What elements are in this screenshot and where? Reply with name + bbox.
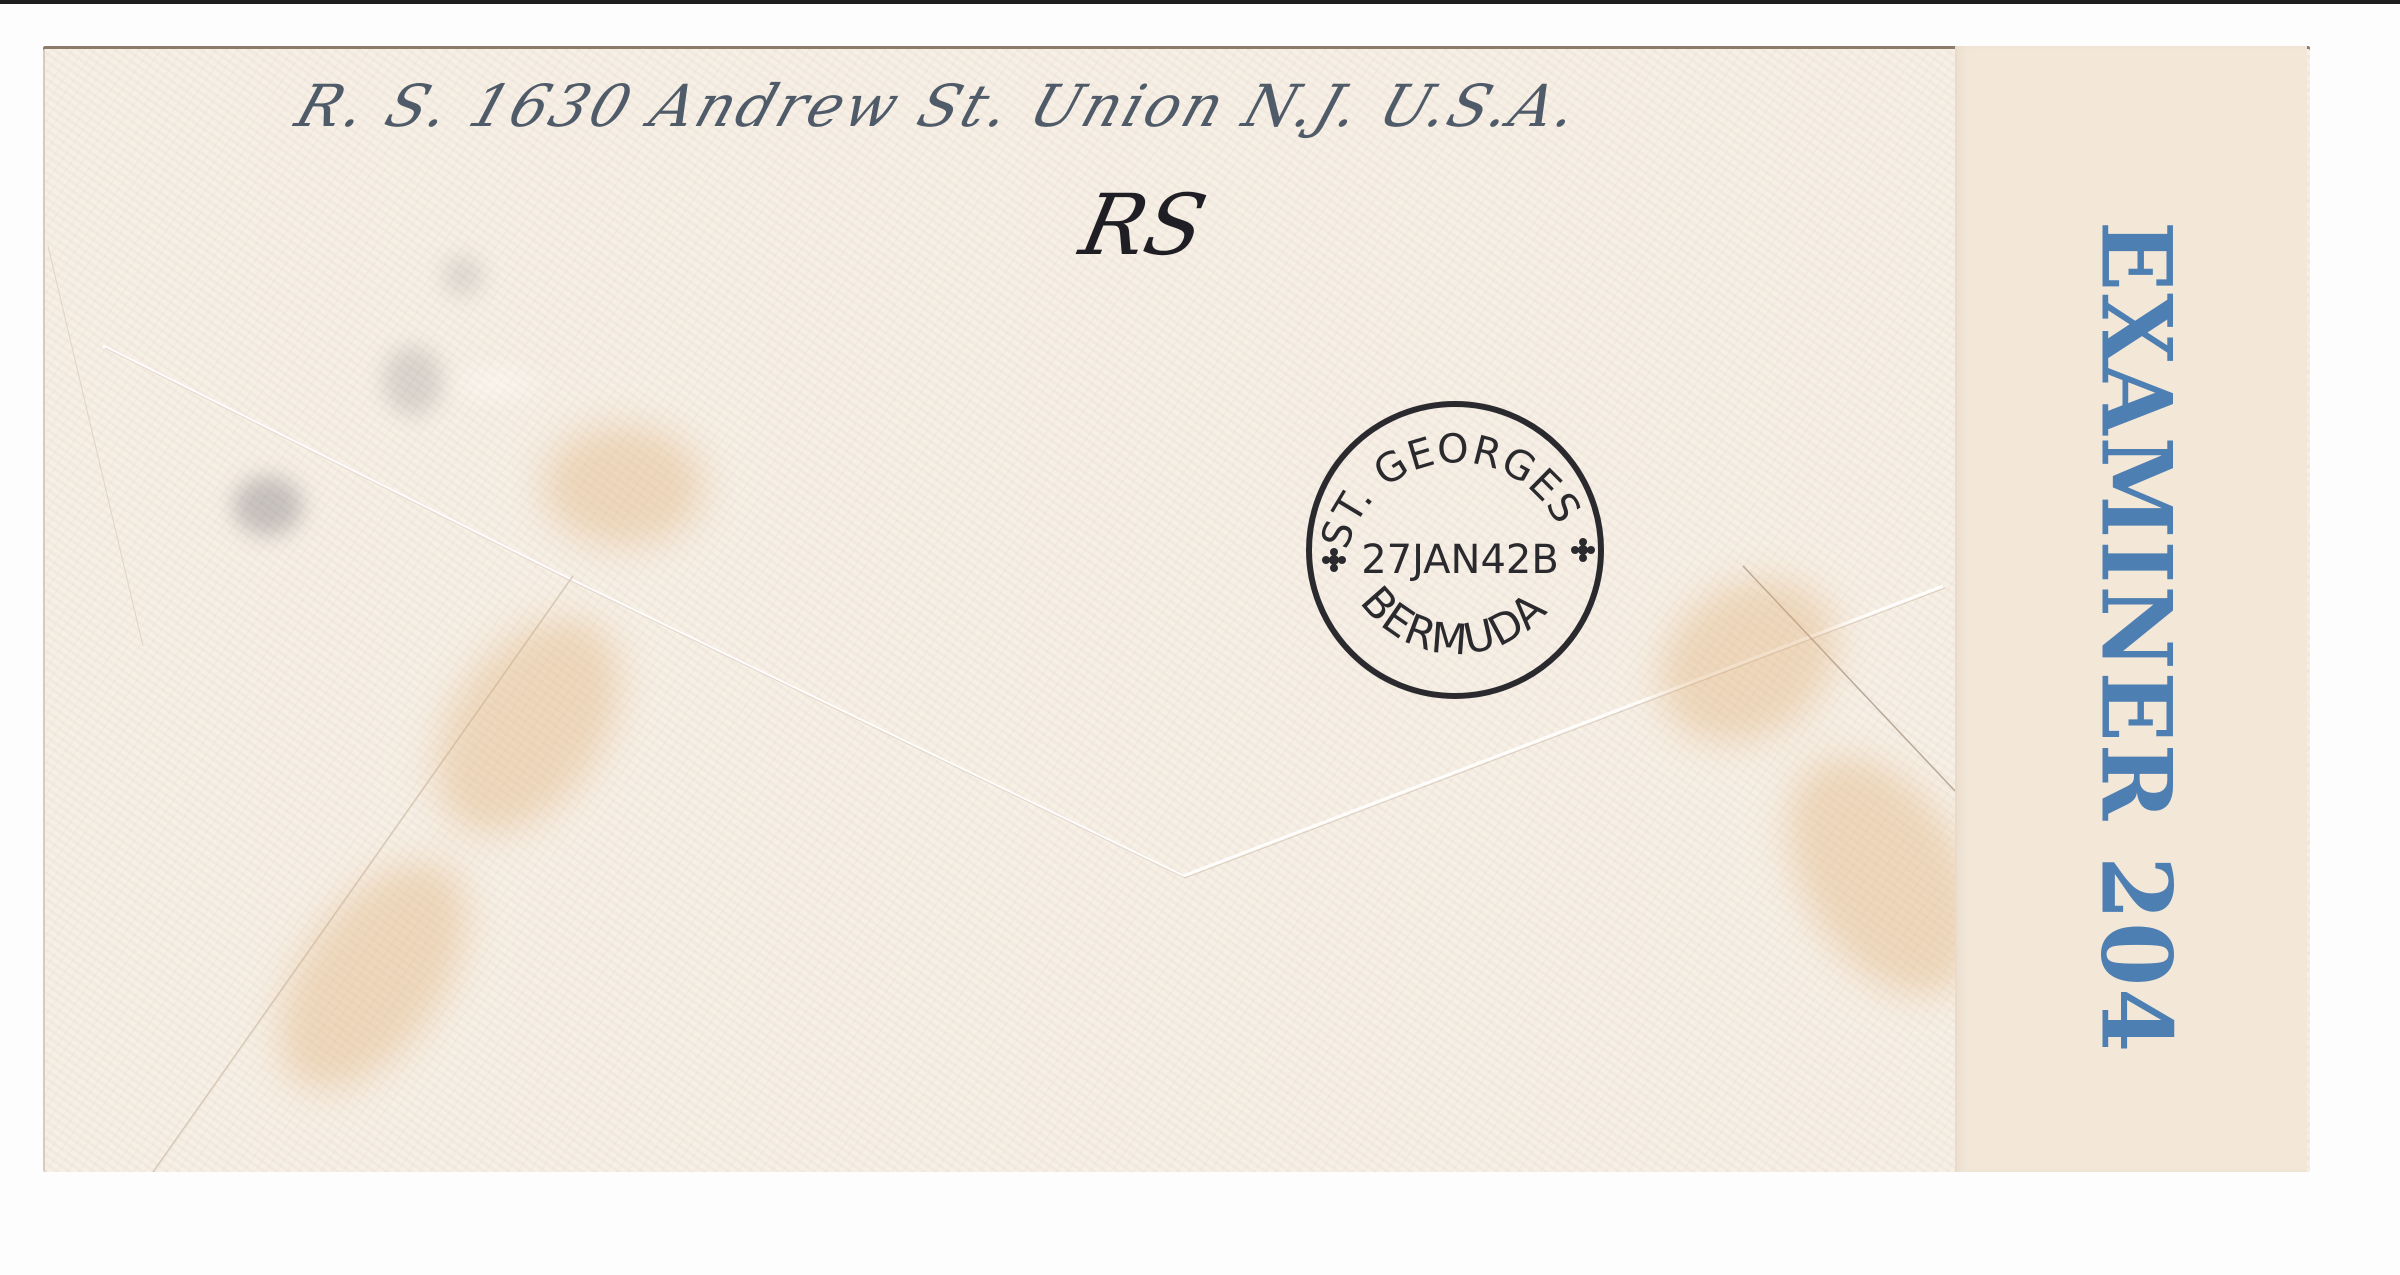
envelope-back: R. S. 1630 Andrew St. Union N.J. U.S.A. … [43,46,2310,1172]
postmark-st-georges-bermuda: ST. GEORGES BERMUDA 27JAN42B [1300,395,1610,705]
postmark-date: 27JAN42B [1361,537,1559,583]
glue-stain [543,426,703,546]
ink-smudge [233,476,303,536]
scan-top-border [0,0,2400,4]
svg-text:BERMUDA: BERMUDA [1351,577,1556,665]
ink-smudge [443,256,483,296]
censor-tape: EXAMINER 204 [1955,46,2307,1172]
handwritten-initials: RS [1073,176,1215,274]
handwritten-return-address: R. S. 1630 Andrew St. Union N.J. U.S.A. [288,72,1590,140]
postmark-bottom-text: BERMUDA [1351,577,1556,665]
fleuron-icon [1571,538,1595,562]
censor-label: EXAMINER 204 [2079,221,2192,1054]
ink-smudge [383,346,443,416]
fleuron-icon [1322,548,1346,572]
